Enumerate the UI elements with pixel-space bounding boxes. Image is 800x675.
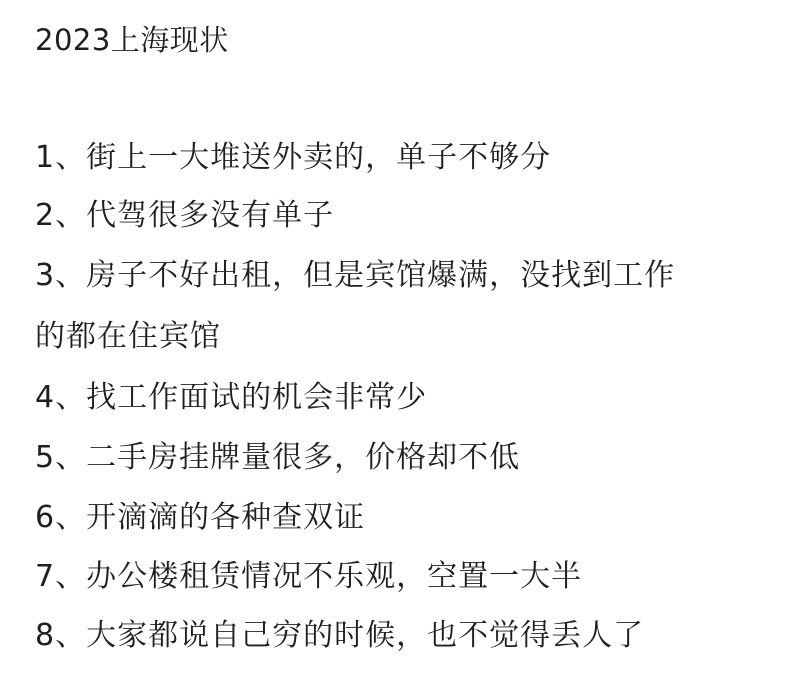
item-number: 8、 [35,618,86,653]
list-item-8: 8、大家都说自己穷的时候，也不觉得丢人了 [35,616,644,656]
item-text: 街上一大堆送外卖的，单子不够分 [86,140,551,175]
item-number: 3、 [35,258,86,293]
item-text: 开滴滴的各种查双证 [86,500,365,535]
list-item-2: 2、代驾很多没有单子 [35,196,334,236]
item-text: 找工作面试的机会非常少 [86,380,427,415]
list-item-6: 6、开滴滴的各种查双证 [35,498,365,538]
list-item-3: 3、房子不好出租，但是宾馆爆满，没找到工作 [35,256,675,296]
item-number: 4、 [35,380,86,415]
list-item-7: 7、办公楼租赁情况不乐观，空置一大半 [35,557,582,597]
item-text: 二手房挂牌量很多，价格却不低 [86,440,520,475]
list-item-4: 4、找工作面试的机会非常少 [35,378,427,418]
item-number: 5、 [35,440,86,475]
list-item-1: 1、街上一大堆送外卖的，单子不够分 [35,138,551,178]
document-title: 2023上海现状 [35,20,229,60]
item-number: 6、 [35,500,86,535]
item-number: 7、 [35,559,86,594]
item-text-continuation: 的都在住宾馆 [35,319,221,354]
item-text: 办公楼租赁情况不乐观，空置一大半 [86,559,582,594]
item-number: 2、 [35,198,86,233]
item-text: 房子不好出租，但是宾馆爆满，没找到工作 [86,258,675,293]
item-number: 1、 [35,140,86,175]
item-text: 大家都说自己穷的时候，也不觉得丢人了 [86,618,644,653]
list-item-5: 5、二手房挂牌量很多，价格却不低 [35,438,520,478]
item-text: 代驾很多没有单子 [86,198,334,233]
list-item-3-continuation: 的都在住宾馆 [35,317,221,357]
